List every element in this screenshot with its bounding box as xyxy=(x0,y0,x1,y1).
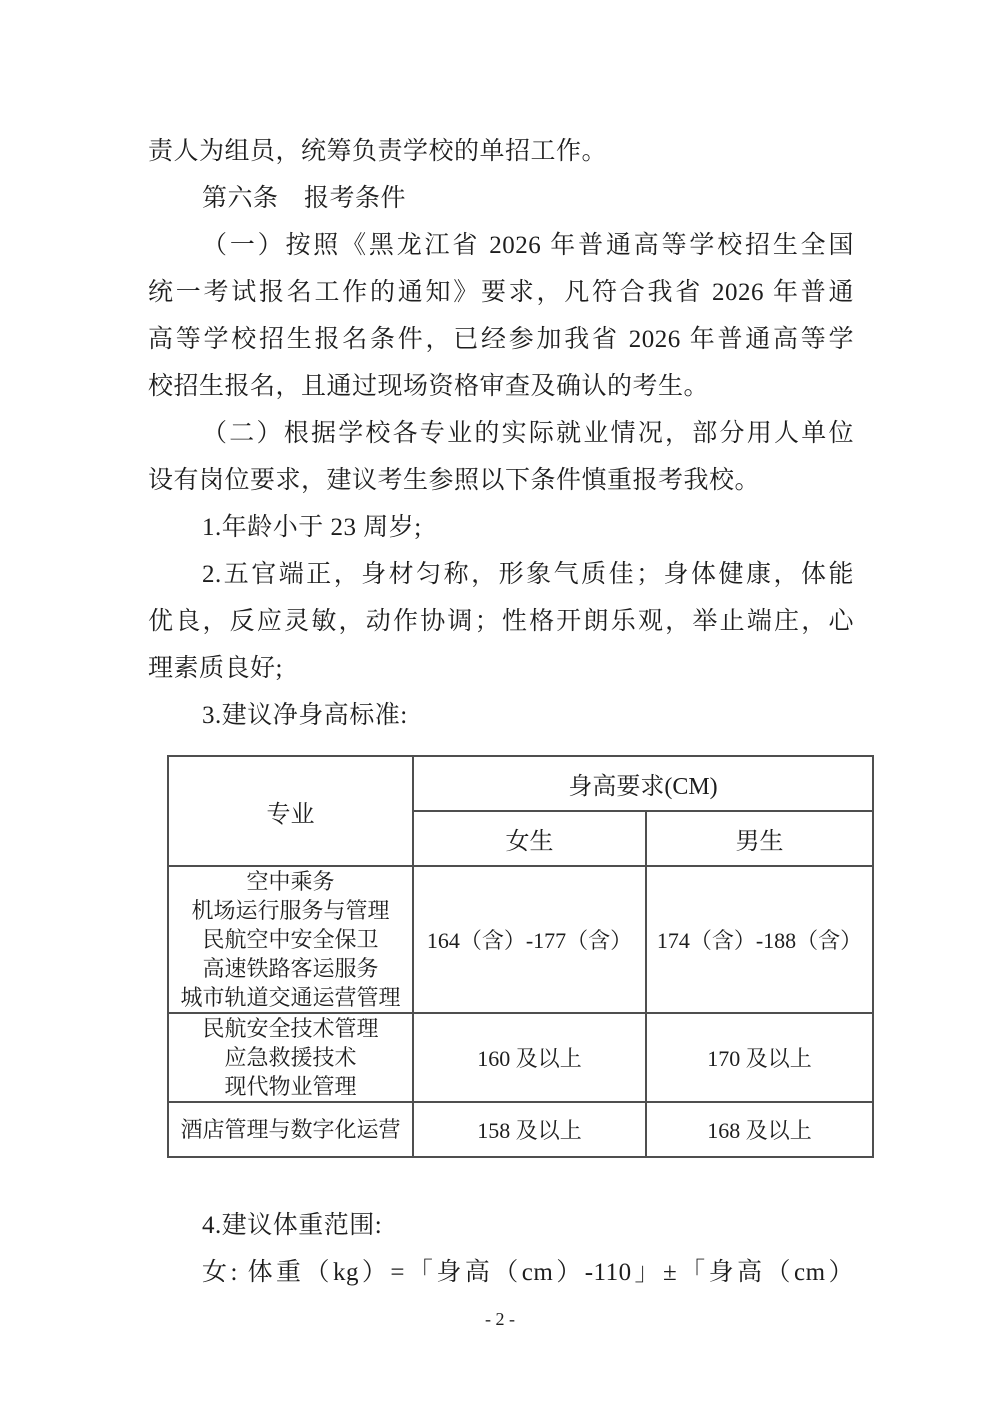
table-row: 民航安全技术管理 应急救援技术 现代物业管理 160 及以上 170 及以上 xyxy=(168,1013,873,1102)
text-line: 高等学校招生报名条件，已经参加我省 2026 年普通高等学 xyxy=(148,316,854,363)
document-page: 责人为组员，统筹负责学校的单招工作。 第六条 报考条件 （一）按照《黑龙江省 2… xyxy=(0,0,1000,1414)
body-paragraphs: 责人为组员，统筹负责学校的单招工作。 第六条 报考条件 （一）按照《黑龙江省 2… xyxy=(148,128,854,739)
cell-male-height-1: 174（含）-188（含） xyxy=(646,866,873,1013)
table-row: 酒店管理与数字化运营 158 及以上 168 及以上 xyxy=(168,1102,873,1157)
height-requirements-table: 专业 身高要求(CM) 女生 男生 空中乘务 机场运行服务与管理 民航空中安全保… xyxy=(167,755,874,1158)
text-line: （二）根据学校各专业的实际就业情况，部分用人单位 xyxy=(148,410,854,457)
cell-female-height-1: 164（含）-177（含） xyxy=(413,866,646,1013)
table-header-female: 女生 xyxy=(413,811,646,866)
table-header-male: 男生 xyxy=(646,811,873,866)
cell-majors-group-3: 酒店管理与数字化运营 xyxy=(168,1102,413,1157)
page-number: - 2 - xyxy=(0,1308,1000,1330)
tail-paragraphs: 4.建议体重范围: 女: 体重（kg）=「身高（cm）-110」±「身高（cm） xyxy=(148,1202,854,1296)
list-item-2: 2.五官端正，身材匀称，形象气质佳；身体健康，体能 xyxy=(148,551,854,598)
weight-formula-line: 女: 体重（kg）=「身高（cm）-110」±「身高（cm） xyxy=(148,1249,854,1296)
table-header-major: 专业 xyxy=(168,756,413,866)
cell-male-height-3: 168 及以上 xyxy=(646,1102,873,1157)
list-item-3: 3.建议净身高标准: xyxy=(148,692,854,739)
table-header-height-requirement: 身高要求(CM) xyxy=(413,756,873,811)
list-item-4: 4.建议体重范围: xyxy=(148,1202,854,1249)
cell-female-height-2: 160 及以上 xyxy=(413,1013,646,1102)
cell-female-height-3: 158 及以上 xyxy=(413,1102,646,1157)
text-line: 优良，反应灵敏，动作协调；性格开朗乐观，举止端庄，心 xyxy=(148,598,854,645)
cell-majors-group-1: 空中乘务 机场运行服务与管理 民航空中安全保卫 高速铁路客运服务 城市轨道交通运… xyxy=(168,866,413,1013)
text-line: 理素质良好; xyxy=(148,645,854,692)
cell-majors-group-2: 民航安全技术管理 应急救援技术 现代物业管理 xyxy=(168,1013,413,1102)
text-line: 校招生报名，且通过现场资格审查及确认的考生。 xyxy=(148,363,854,410)
cell-male-height-2: 170 及以上 xyxy=(646,1013,873,1102)
list-item-1: 1.年龄小于 23 周岁; xyxy=(148,504,854,551)
text-line: （一）按照《黑龙江省 2026 年普通高等学校招生全国 xyxy=(148,222,854,269)
text-line: 责人为组员，统筹负责学校的单招工作。 xyxy=(148,128,854,175)
text-line: 设有岗位要求，建议考生参照以下条件慎重报考我校。 xyxy=(148,457,854,504)
text-line: 统一考试报名工作的通知》要求，凡符合我省 2026 年普通 xyxy=(148,269,854,316)
section-heading: 第六条 报考条件 xyxy=(148,175,854,222)
table-row: 空中乘务 机场运行服务与管理 民航空中安全保卫 高速铁路客运服务 城市轨道交通运… xyxy=(168,866,873,1013)
